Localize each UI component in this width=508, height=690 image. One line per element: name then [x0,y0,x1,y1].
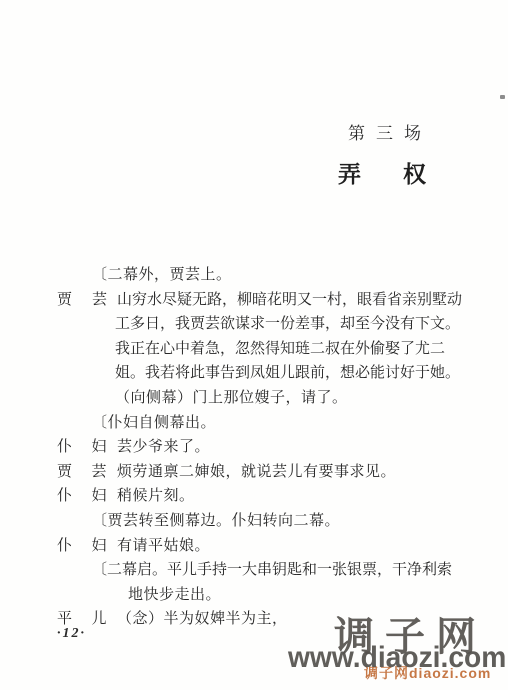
play-title-char-1: 弄 [338,156,361,189]
dialogue-text: 姐。我若将此事告到凤姐儿跟前，想必能讨好于她。 [115,361,460,386]
page-number: ·12· [57,626,86,642]
dialogue-text: 工多日，我贾芸欲谋求一份差事，却至今没有下文。 [115,312,460,337]
stage-direction-text: 〔二幕启。平儿手持一大串钥匙和一张银票，干净利索 [92,558,452,583]
play-title-char-2: 权 [403,156,426,189]
dialogue-line: 仆 妇 稍候片刻。 [55,484,465,509]
speaker-char: 芸 [92,288,107,313]
speaker-char: 仆 [57,534,73,559]
dialogue-line: 仆 妇 有请平姑娘。 [55,534,465,559]
dialogue-line: 贾 芸 山穷水尽疑无路，柳暗花明又一村，眼看省亲别墅动 [55,288,465,313]
stage-direction: 〔二幕启。平儿手持一大串钥匙和一张银票，干净利索 [55,558,465,583]
dialogue-text: （念）半为奴婢半为主， [117,607,288,632]
dialogue-text: 山穷水尽疑无路，柳暗花明又一村，眼看省亲别墅动 [117,288,462,313]
stage-direction: 〔二幕外，贾芸上。 [55,263,465,288]
stage-direction-text: 〔仆妇自侧幕出。 [92,411,216,436]
script-body: 〔二幕外，贾芸上。 贾 芸 山穷水尽疑无路，柳暗花明又一村，眼看省亲别墅动 工多… [55,263,465,632]
speaker-char: 妇 [91,484,107,509]
dialogue-text: （向侧幕）门上那位嫂子，请了。 [115,386,348,411]
speaker-char: 仆 [57,435,73,460]
speaker-name: 贾 芸 [57,460,107,485]
stage-direction-text: 〔二幕外，贾芸上。 [92,263,232,288]
stage-direction: 〔仆妇自侧幕出。 [55,411,465,436]
scanned-script-page: 第三场 弄 权 〔二幕外，贾芸上。 贾 芸 山穷水尽疑无路，柳暗花明又一村，眼看… [0,0,508,690]
speaker-char: 妇 [91,435,107,460]
speaker-char: 妇 [91,534,107,559]
speaker-char: 贾 [57,288,72,313]
watermark-site-name: 调子网 [334,605,487,662]
dialogue-continuation: 姐。我若将此事告到凤姐儿跟前，想必能讨好于她。 [55,361,465,386]
scan-speck [500,95,505,99]
speaker-char: 仆 [57,484,73,509]
dialogue-line: 仆 妇 芸少爷来了。 [55,435,465,460]
scene-heading: 第三场 [348,119,432,144]
speaker-char: 贾 [57,460,73,485]
speaker-char: 儿 [91,607,107,632]
dialogue-continuation: 我正在心中着急，忽然得知琏二叔在外偷娶了尤二 [55,337,465,362]
dialogue-line: 贾 芸 烦劳通禀二婶娘，就说芸儿有要事求见。 [55,460,465,485]
dialogue-text: 有请平姑娘。 [117,534,210,559]
dialogue-text: 稍候片刻。 [117,484,195,509]
speaker-char: 芸 [91,460,107,485]
dialogue-text: 芸少爷来了。 [117,435,210,460]
stage-direction-text: 地快步走出。 [128,583,221,608]
stage-direction: 〔贾芸转至侧幕边。仆妇转向二幕。 [55,509,465,534]
dialogue-text: 烦劳通禀二婶娘，就说芸儿有要事求见。 [117,460,396,485]
speaker-name: 贾 芸 [57,288,107,313]
speaker-name: 仆 妇 [57,484,107,509]
dialogue-continuation: 工多日，我贾芸欲谋求一份差事，却至今没有下文。 [55,312,465,337]
dialogue-text: 我正在心中着急，忽然得知琏二叔在外偷娶了尤二 [115,337,445,362]
stage-direction-text: 〔贾芸转至侧幕边。仆妇转向二幕。 [92,509,340,534]
speaker-name: 仆 妇 [57,435,107,460]
play-title: 弄 权 [338,156,426,189]
stage-direction-continuation: 地快步走出。 [55,583,465,608]
speaker-name: 仆 妇 [57,534,107,559]
dialogue-continuation: （向侧幕）门上那位嫂子，请了。 [55,386,465,411]
